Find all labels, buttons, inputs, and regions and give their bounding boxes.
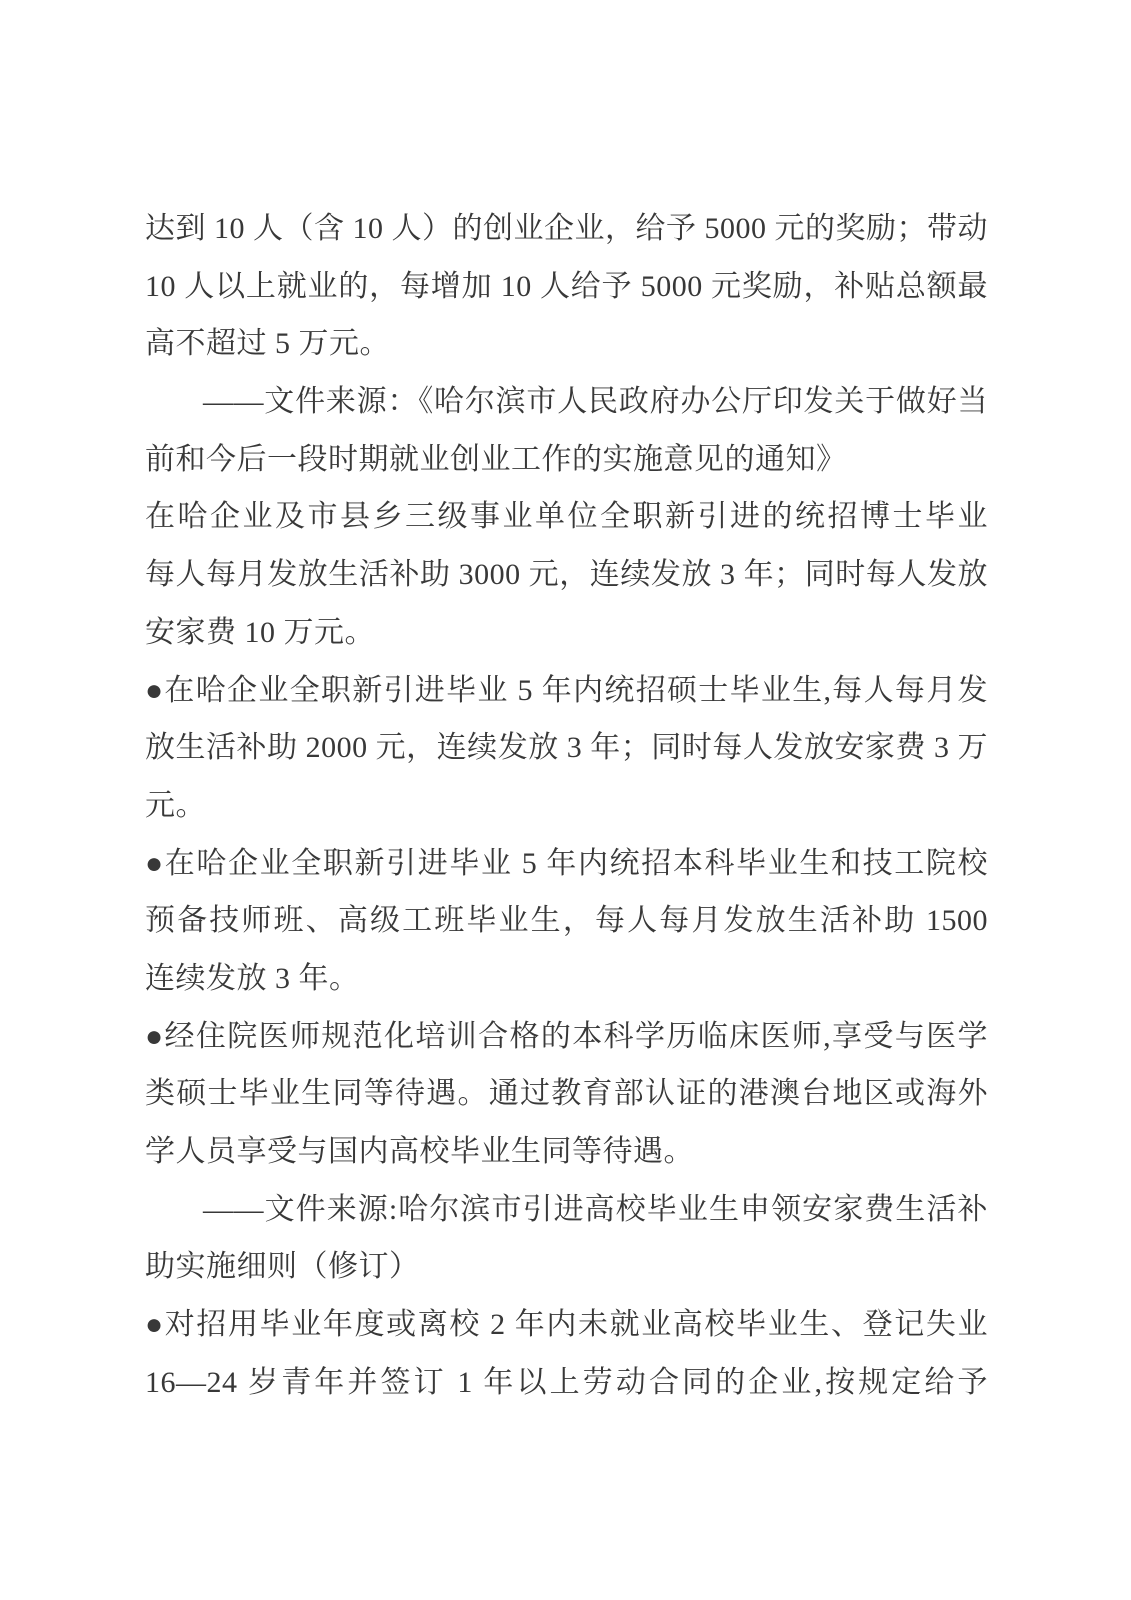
text-line: 连续发放 3 年。	[145, 950, 988, 1008]
text-line: 每人每月发放生活补助 3000 元，连续发放 3 年；同时每人发放	[145, 546, 988, 604]
paragraph-source-citation: ——文件来源:哈尔滨市引进高校毕业生申领安家费生活补 助实施细则（修订）	[145, 1181, 988, 1296]
text-line: 预备技师班、高级工班毕业生，每人每月发放生活补助 1500 元，	[145, 892, 988, 950]
text-line: 达到 10 人（含 10 人）的创业企业，给予 5000 元的奖励；带动	[145, 200, 988, 258]
text-line: ●在哈企业全职新引进毕业 5 年内统招硕士毕业生,每人每月发	[145, 662, 988, 720]
page-text-block: 达到 10 人（含 10 人）的创业企业，给予 5000 元的奖励；带动 10 …	[145, 200, 988, 1411]
text-line: 10 人以上就业的，每增加 10 人给予 5000 元奖励，补贴总额最	[145, 258, 988, 316]
paragraph-bullet-item: ●对招用毕业年度或离校 2 年内未就业高校毕业生、登记失业的 16—24 岁青年…	[145, 1296, 988, 1411]
text-line: ●在哈企业全职新引进毕业 5 年内统招本科毕业生和技工院校	[145, 835, 988, 893]
text-line: 在哈企业及市县乡三级事业单位全职新引进的统招博士毕业生，	[145, 488, 988, 546]
paragraph-source-citation: ——文件来源：《哈尔滨市人民政府办公厅印发关于做好当 前和今后一段时期就业创业工…	[145, 373, 988, 488]
text-line: 高不超过 5 万元。	[145, 315, 988, 373]
paragraph-bullet-item: ●在哈企业全职新引进毕业 5 年内统招本科毕业生和技工院校 预备技师班、高级工班…	[145, 835, 988, 1008]
paragraph-bullet-item: ●在哈企业全职新引进毕业 5 年内统招硕士毕业生,每人每月发 放生活补助 200…	[145, 662, 988, 835]
text-line: 放生活补助 2000 元，连续发放 3 年；同时每人发放安家费 3 万	[145, 719, 988, 777]
text-line: ●经住院医师规范化培训合格的本科学历临床医师,享受与医学	[145, 1008, 988, 1066]
text-line: 安家费 10 万元。	[145, 604, 988, 662]
document-page: 达到 10 人（含 10 人）的创业企业，给予 5000 元的奖励；带动 10 …	[0, 0, 1131, 1600]
text-line: ●对招用毕业年度或离校 2 年内未就业高校毕业生、登记失业的	[145, 1296, 988, 1354]
paragraph-body-continuation: 达到 10 人（含 10 人）的创业企业，给予 5000 元的奖励；带动 10 …	[145, 200, 988, 373]
text-line: 前和今后一段时期就业创业工作的实施意见的通知》	[145, 431, 988, 489]
text-line: 类硕士毕业生同等待遇。通过教育部认证的港澳台地区或海外留	[145, 1065, 988, 1123]
text-line: 助实施细则（修订）	[145, 1238, 988, 1296]
paragraph-bullet-item: ●经住院医师规范化培训合格的本科学历临床医师,享受与医学 类硕士毕业生同等待遇。…	[145, 1008, 988, 1181]
text-line: 16—24 岁青年并签订 1 年以上劳动合同的企业,按规定给予 1000	[145, 1354, 988, 1412]
text-line: ——文件来源:哈尔滨市引进高校毕业生申领安家费生活补	[145, 1181, 988, 1239]
paragraph-body: 在哈企业及市县乡三级事业单位全职新引进的统招博士毕业生， 每人每月发放生活补助 …	[145, 488, 988, 661]
text-line: 元。	[145, 777, 988, 835]
text-line: 学人员享受与国内高校毕业生同等待遇。	[145, 1123, 988, 1181]
text-line: ——文件来源：《哈尔滨市人民政府办公厅印发关于做好当	[145, 373, 988, 431]
